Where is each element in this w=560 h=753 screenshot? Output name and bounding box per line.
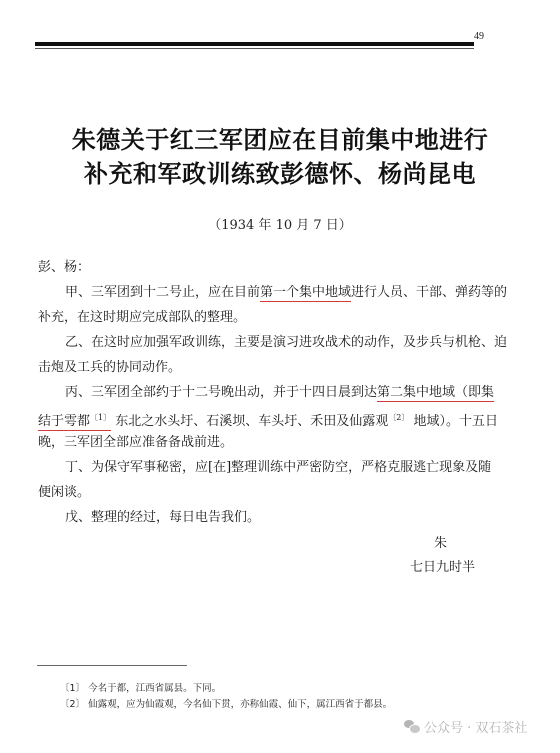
text: 地域）。十五日 <box>409 414 498 429</box>
wechat-icon <box>404 720 420 733</box>
footnote-2: 〔2〕 仙露观，应为仙霞观，今名仙下贯，亦称仙霞、仙下，属江西省于都县。 <box>60 696 392 710</box>
signature-time: 七日九时半 <box>410 556 475 575</box>
paragraph-bing-line-2: 结于雩都〔1〕 东北之水头圩、石溪坝、车头圩、禾田及仙露观〔2〕 地域）。十五日 <box>38 406 498 434</box>
document-title-line-2: 补充和军政训练致彭德怀、杨尚昆电 <box>0 154 560 189</box>
paragraph-jia-line-2: 补充，在这时期应完成部队的整理。 <box>38 306 246 330</box>
footnote-divider <box>37 665 187 666</box>
paragraph-wu-line-1: 戊、整理的经过，每日电告我们。 <box>38 506 260 530</box>
salutation: 彭、杨： <box>38 256 90 280</box>
document-title-line-1: 朱德关于红三军团应在目前集中地进行 <box>0 120 560 155</box>
paragraph-yi-line-1: 乙、在这时应加强军政训练，主要是演习进攻战术的动作，及步兵与机枪、迫 <box>38 331 507 355</box>
page-number: 49 <box>474 31 484 42</box>
watermark-text: 公众号 · 双石茶社 <box>424 717 527 736</box>
text: 甲、三军团到十二号止，应在目前 <box>65 285 260 300</box>
text: 结于雩都 <box>38 414 90 429</box>
watermark: 公众号 · 双石茶社 <box>404 717 527 736</box>
signature-name: 朱 <box>434 532 447 551</box>
underlined-text: 第一个集中地域 <box>260 285 351 302</box>
footnote-ref-2[interactable]: 〔2〕 <box>388 413 409 422</box>
underlined-text: 第二集中地域（即集 <box>377 385 494 402</box>
paragraph-bing-line-1: 丙、三军团全部约于十二号晚出动，并于十四日晨到达第二集中地域（即集 <box>38 381 494 405</box>
footnote-1: 〔1〕 今名于都，江西省属县。下同。 <box>60 680 221 694</box>
paragraph-jia-line-1: 甲、三军团到十二号止，应在目前第一个集中地域进行人员、干部、弹药等的 <box>38 281 507 305</box>
paragraph-ding-line-2: 便闲谈。 <box>38 481 90 505</box>
document-date: （1934 年 10 月 7 日） <box>0 214 560 233</box>
footnote-ref-1[interactable]: 〔1〕 <box>90 413 111 422</box>
text: 东北之水头圩、石溪坝、车头圩、禾田及仙露观 <box>111 414 388 429</box>
text: 丙、三军团全部约于十二号晚出动，并于十四日晨到达 <box>65 385 377 400</box>
paragraph-bing-line-3: 晚，三军团全部应准备备战前进。 <box>38 431 233 455</box>
underlined-text: 结于雩都〔1〕 <box>38 414 111 431</box>
paragraph-ding-line-1: 丁、为保守军事秘密，应[在]整理训练中严密防空，严格克服逃亡现象及随 <box>38 456 491 480</box>
text: 进行人员、干部、弹药等的 <box>351 285 507 300</box>
paragraph-yi-line-2: 击炮及工兵的协同动作。 <box>38 356 181 380</box>
header-rule-thick <box>35 42 474 46</box>
header-rule-thin <box>35 48 474 49</box>
